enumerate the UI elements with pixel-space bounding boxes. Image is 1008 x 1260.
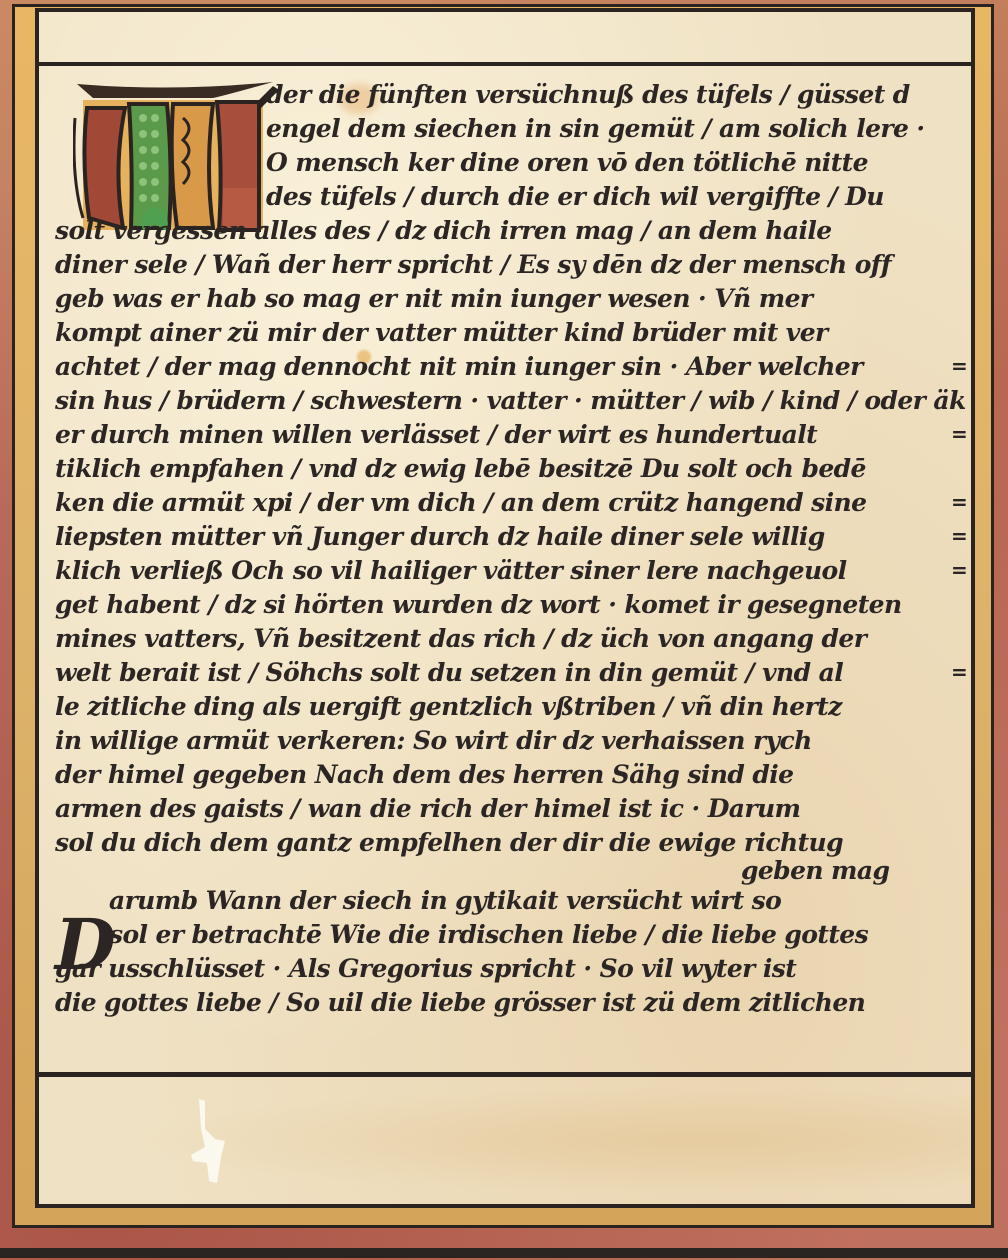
text-line-4: des tüfels / durch die er dich wil vergi… [266,182,884,212]
text-line-22: armen des gaists / wan die rich der hime… [55,794,800,824]
hyphen-mark: = [951,660,968,684]
text-line-17: mines vatters, Vñ besitzent das rich / d… [55,624,866,654]
text-line-12: tiklich empfahen / vnd dz ewig lebē besi… [55,454,866,484]
text-line-26: sol er betrachtē Wie die irdischen liebe… [109,920,868,950]
text-line-11: er durch minen willen verlässet / der wi… [55,420,817,450]
text-line-18: welt berait ist / Söhchs solt du setzen … [55,658,843,688]
blank-lower-area [39,1077,971,1204]
text-line-1: der die fünften versüchnuß des tüfels / … [266,80,910,110]
text-line-8: kompt ainer zü mir der vatter mütter kin… [55,318,828,348]
text-block: der die fünften versüchnuß des tüfels / … [51,74,971,1064]
text-line-20: in willige armüt verkeren: So wirt dir d… [55,726,812,756]
text-line-5: solt vergessen alles des / dz dich irren… [55,216,832,246]
text-line-25: arumb Wann der siech in gytikait versüch… [109,886,781,916]
text-line-3: O mensch ker dine oren vō den tötlichē n… [266,148,868,178]
hyphen-mark: = [951,422,968,446]
text-line-7: geb was er hab so mag er nit min iunger … [55,284,812,314]
text-line-6: diner sele / Wañ der herr spricht / Es s… [55,250,891,280]
text-line-16: get habent / dz si hörten wurden dz wort… [55,590,902,620]
hyphen-mark: = [951,490,968,514]
text-line-10: sin hus / brüdern / schwestern · vatter … [55,386,966,416]
text-line-21: der himel gegeben Nach dem des herren Sä… [55,760,793,790]
text-line-15: klich verließ Och so vil hailiger vätter… [55,556,847,586]
text-line-27: gar usschlüsset · Als Gregorius spricht … [55,954,796,984]
illuminated-initial-w-icon [73,78,281,238]
text-line-9: achtet / der mag dennocht nit min iunger… [55,352,863,382]
hyphen-mark: = [951,524,968,548]
hyphen-mark: = [951,558,968,582]
top-rule [39,62,971,66]
text-line-28: die gottes liebe / So uil die liebe grös… [55,988,865,1018]
text-line-24: geben mag [741,856,889,886]
paper-loss-patch [191,1099,229,1183]
text-line-23: sol du dich dem gantz empfelhen der dir … [55,828,843,858]
text-line-2: engel dem siechen in sin gemüt / am soli… [266,114,925,144]
text-line-19: le zitliche ding als uergift gentzlich v… [55,692,842,722]
text-panel: der die fünften versüchnuß des tüfels / … [35,8,975,1208]
text-line-14: liepsten mütter vñ Junger durch dz haile… [55,522,825,552]
text-line-13: ken die armüt xpi / der vm dich / an dem… [55,488,866,518]
bottom-border-rule [0,1248,1008,1258]
hyphen-mark: = [951,354,968,378]
